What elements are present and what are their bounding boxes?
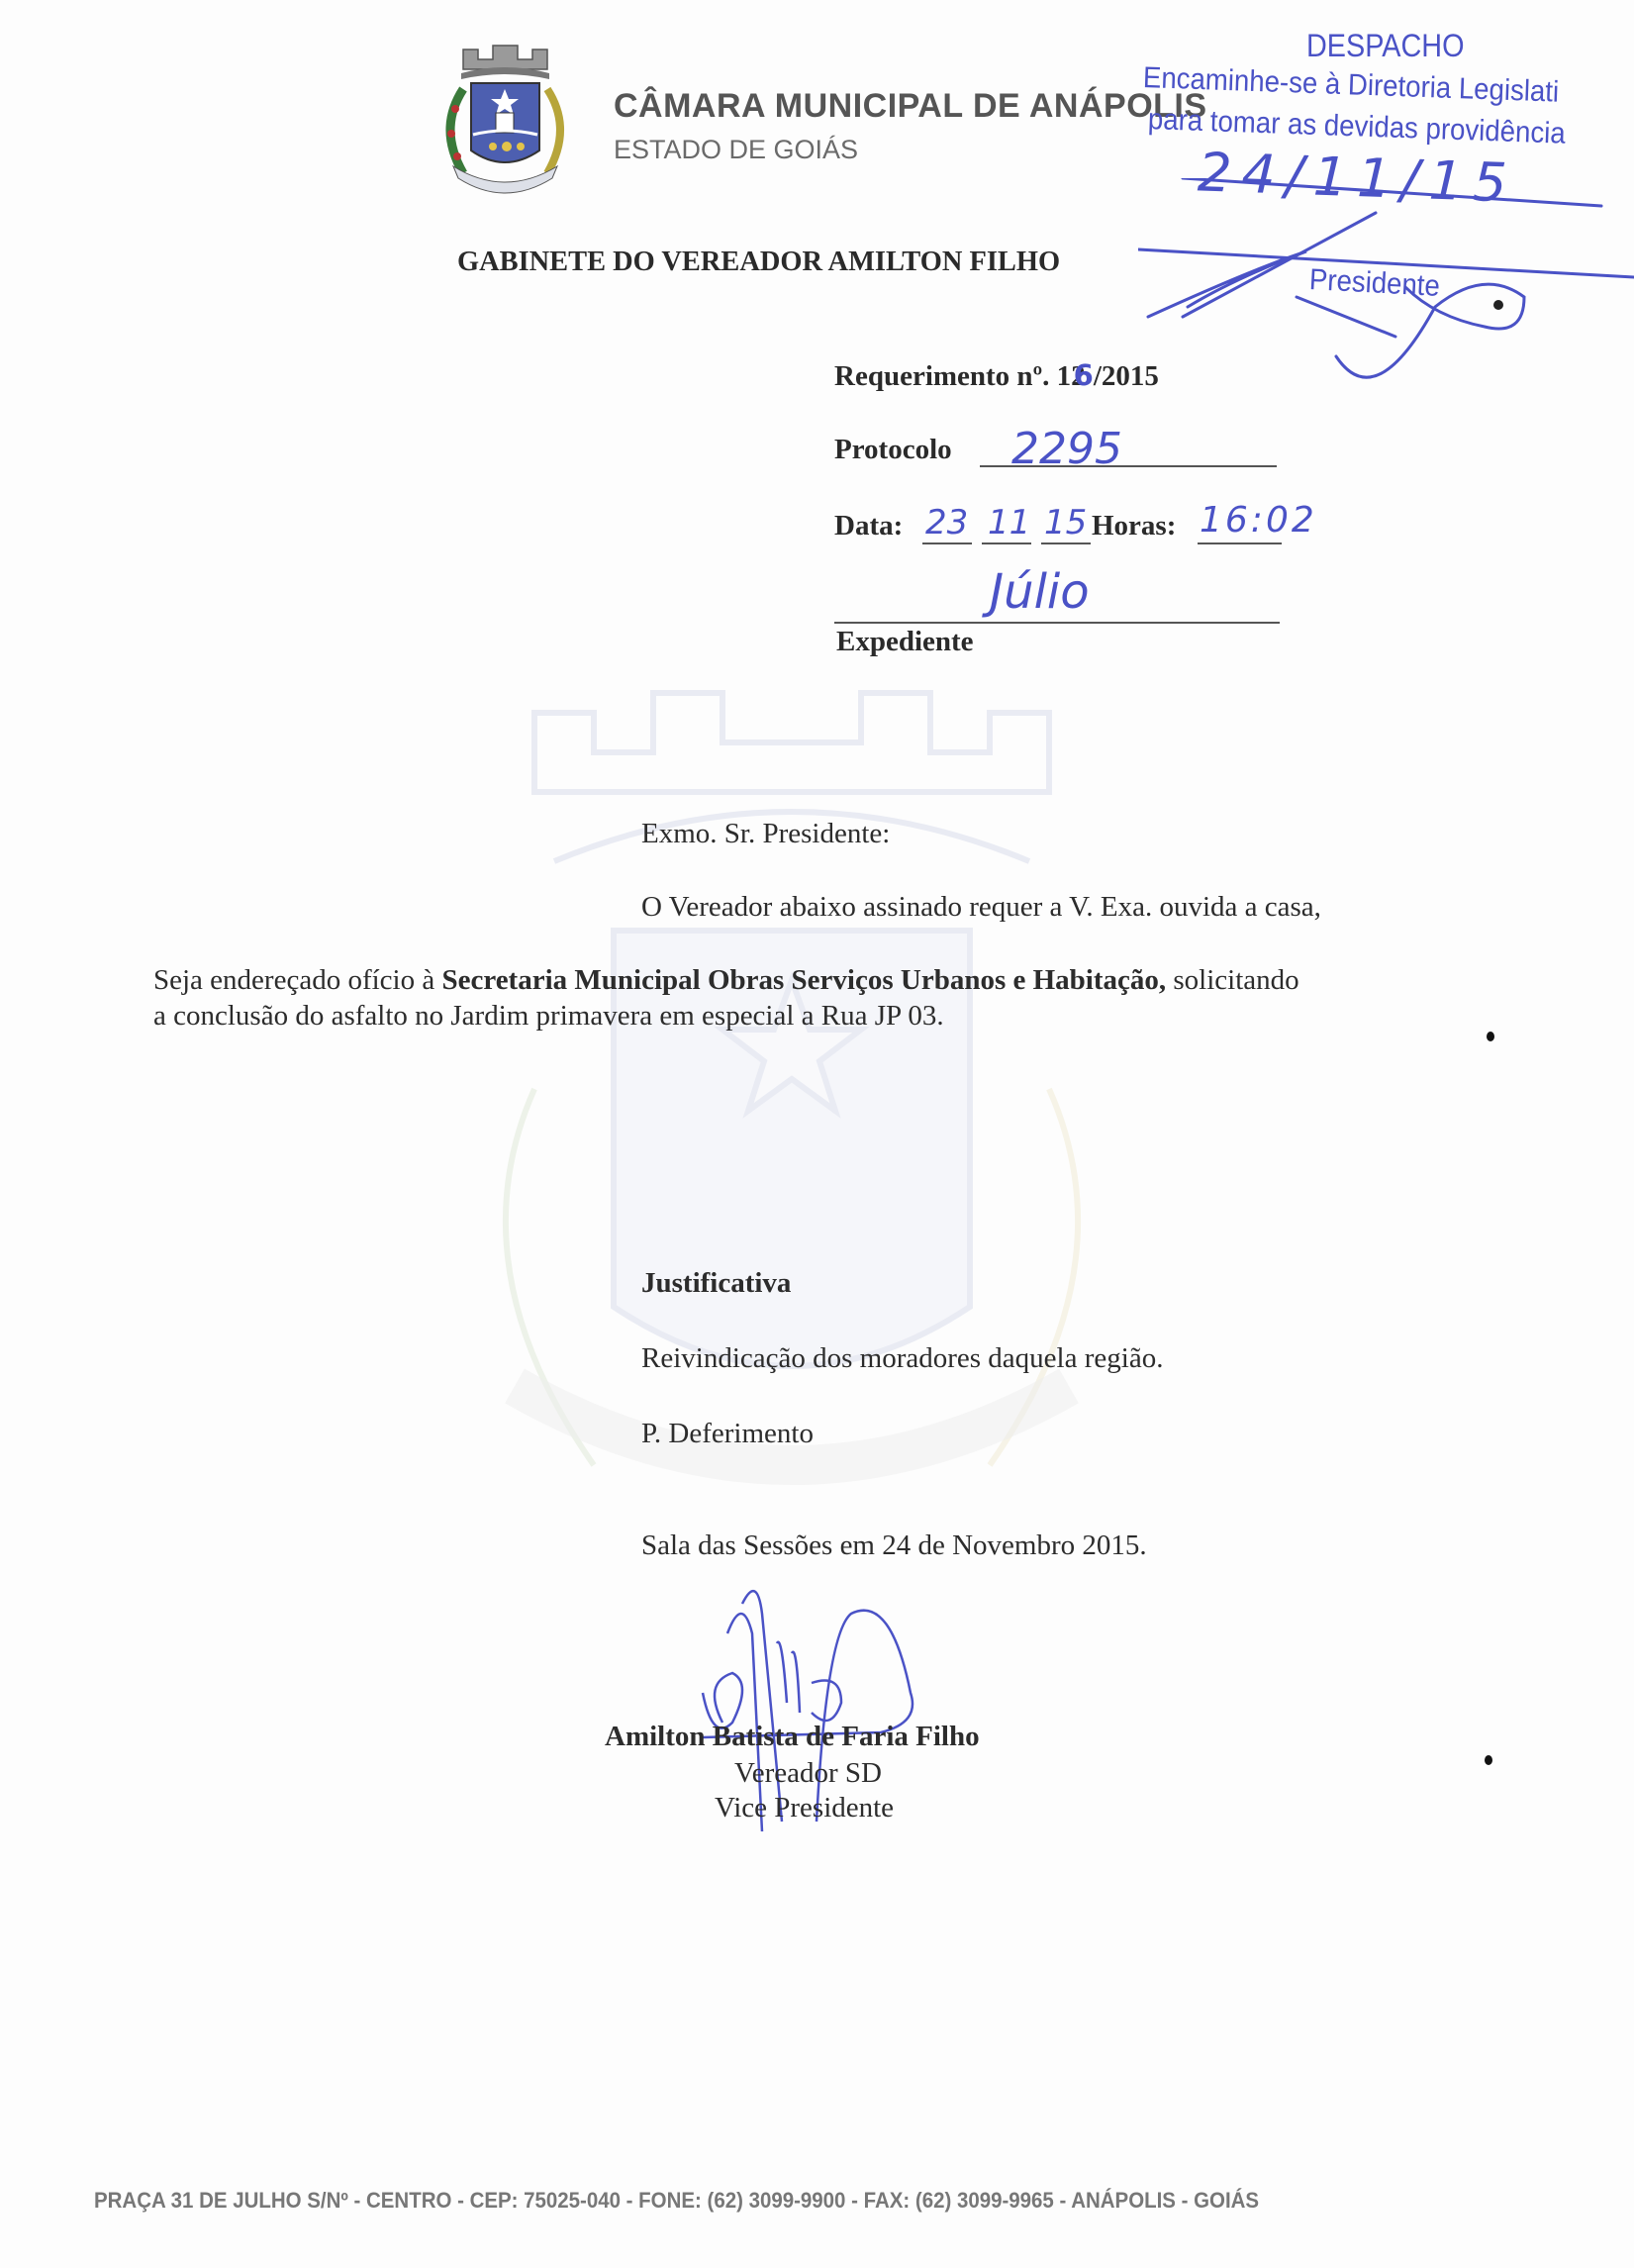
request-number-label: Requerimento nº. 12 [834,360,1086,392]
request-suffix: solicitando [1166,964,1299,996]
protocol-label: Protocolo [834,434,952,466]
request-recipient: Secretaria Municipal Obras Serviços Urba… [441,964,1166,996]
clerk-signature: Júlio [990,564,1090,620]
stamp-president-label: Presidente [1308,263,1441,304]
request-prefix: Seja endereçado ofício à [153,964,441,996]
protocol-value: 2295 [1011,424,1122,474]
request-paragraph-line-2: a conclusão do asfalto no Jardim primave… [153,1000,944,1033]
date-label: Data: [834,510,903,542]
closing-text: P. Deferimento [641,1418,814,1450]
salutation: Exmo. Sr. Presidente: [641,818,890,850]
date-day-line [922,542,972,544]
request-number-correction: 6 [1074,358,1094,392]
signatory-role: Vereador SD [734,1757,882,1790]
date-month: 11 [988,503,1030,542]
date-month-line [982,542,1031,544]
signatory-title: Vice Presidente [715,1792,894,1824]
date-day: 23 [925,503,968,542]
footer-address: PRAÇA 31 DE JULHO S/Nº - CENTRO - CEP: 7… [94,2188,1259,2214]
state-subtitle: ESTADO DE GOIÁS [614,135,858,165]
coat-of-arms-icon [433,40,577,198]
request-paragraph-line-1: Seja endereçado ofício à Secretaria Muni… [153,964,1299,997]
justification-heading: Justificativa [641,1267,791,1300]
place-date: Sala das Sessões em 24 de Novembro 2015. [641,1529,1147,1562]
justification-text: Reivindicação dos moradores daquela regi… [641,1342,1163,1375]
hours-label: Horas: [1092,510,1176,542]
expedient-line [834,622,1280,624]
date-year: 15 [1044,503,1087,542]
request-number-year: /2015 [1094,360,1159,392]
cabinet-heading: GABINETE DO VEREADOR AMILTON FILHO [457,246,1060,278]
date-year-line [1041,542,1091,544]
hours-line [1198,542,1282,544]
signatory-name: Amilton Batista de Faria Filho [605,1721,980,1753]
request-number: Requerimento nº. 126/2015 [834,358,1159,393]
scan-dot [1487,1032,1494,1041]
scan-dot [1485,1755,1492,1765]
chamber-title: CÂMARA MUNICIPAL DE ANÁPOLIS [614,87,1207,126]
expedient-label: Expediente [836,626,974,658]
intro-text: O Vereador abaixo assinado requer a V. E… [641,891,1321,924]
hours-value: 16:02 [1200,500,1317,541]
stamp-heading: DESPACHO [1306,28,1464,64]
